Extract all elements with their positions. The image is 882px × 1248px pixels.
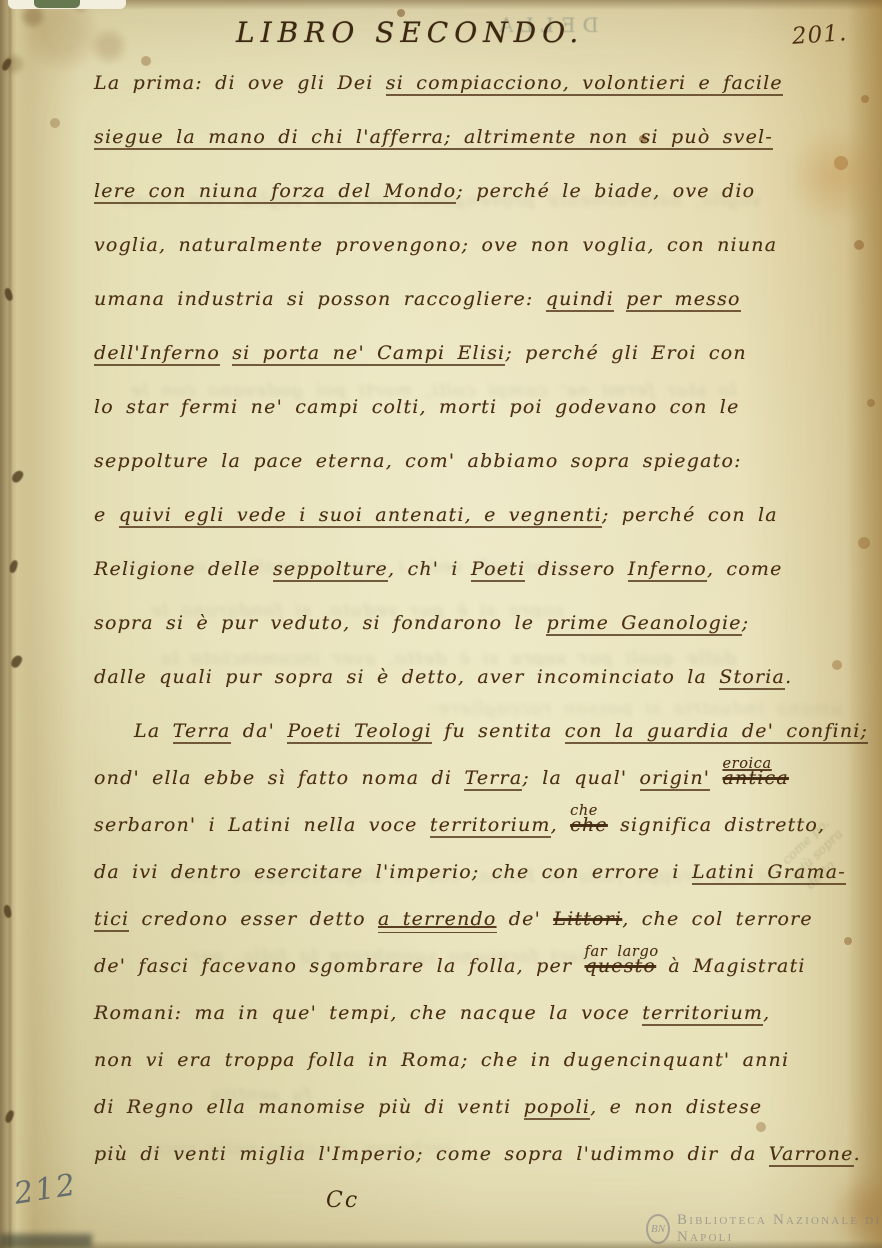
text-segment — [220, 342, 232, 364]
text-segment: seppolture la pace eterna, com' abbiamo … — [94, 450, 742, 472]
text-segment: ; la qual' — [522, 767, 639, 789]
text-segment: di Regno ella manomise più di venti — [94, 1096, 524, 1118]
manuscript-line: lere con niuna forza del Mondo; perché l… — [94, 164, 856, 218]
manuscript-line: più di venti miglia l'Imperio; come sopr… — [94, 1131, 856, 1178]
manuscript-page: voglia, naturalmente provengono; ove non… — [0, 0, 882, 1248]
text-segment: ; perché gli Eroi con — [505, 342, 746, 364]
text-segment: Poeti Teologi — [287, 720, 432, 744]
text-segment: fu sentita — [432, 720, 565, 742]
text-segment: non vi era troppa folla in Roma; che in … — [94, 1049, 789, 1071]
manuscript-line: non vi era troppa folla in Roma; che in … — [94, 1037, 856, 1084]
text-segment: , e non distese — [590, 1096, 762, 1118]
text-segment: siegue la mano di chi l'afferra; altrime… — [94, 126, 773, 150]
library-monogram: BN — [651, 1223, 665, 1235]
text-segment: Religione delle — [94, 558, 273, 580]
manuscript-line: lo star fermi ne' campi colti, morti poi… — [94, 380, 856, 434]
text-segment: credono esser detto — [129, 908, 378, 930]
text-segment: , come — [707, 558, 783, 580]
catchword: Cc — [326, 1188, 359, 1213]
text-segment: origin' — [640, 767, 711, 791]
text-segment: da ivi dentro esercitare l'imperio; che … — [94, 861, 692, 883]
text-segment: sopra si è pur veduto, si fondarono le — [94, 612, 546, 634]
paragraph-1: La prima: di ove gli Dei si compiacciono… — [94, 56, 856, 704]
text-segment: , — [763, 1002, 770, 1024]
text-segment: Romani: ma in que' tempi, che nacque la … — [94, 1002, 642, 1024]
struck-text: Littori — [553, 908, 622, 930]
text-segment: de' — [497, 908, 554, 930]
manuscript-line: La Terra da' Poeti Teologi fu sentita co… — [94, 708, 856, 755]
text-segment: . — [785, 666, 792, 688]
text-segment: quindi — [546, 288, 614, 312]
text-segment: territorium — [642, 1002, 763, 1026]
manuscript-line: e quivi egli vede i suoi antenati, e veg… — [94, 488, 856, 542]
text-segment: lo star fermi ne' campi colti, morti poi… — [94, 396, 740, 418]
manuscript-line: tici credono esser detto a terrendo de' … — [94, 896, 856, 943]
text-segment: dalle quali pur sopra si è detto, aver i… — [94, 666, 719, 688]
manuscript-line: sopra si è pur veduto, si fondarono le p… — [94, 596, 856, 650]
text-segment: significa distretto, — [608, 814, 825, 836]
manuscript-line: voglia, naturalmente provengono; ove non… — [94, 218, 856, 272]
manuscript-line: seppolture la pace eterna, com' abbiamo … — [94, 434, 856, 488]
text-segment: Storia — [719, 666, 785, 690]
text-segment: Poeti — [471, 558, 525, 582]
text-segment: ond' ella ebbe sì fatto noma di — [94, 767, 464, 789]
text-segment: prime Geanologie — [546, 612, 741, 636]
text-segment: lere con niuna forza del Mondo — [94, 180, 456, 204]
text-segment: La — [134, 720, 173, 742]
manuscript-line: da ivi dentro esercitare l'imperio; che … — [94, 849, 856, 896]
manuscript-line: dell'Inferno si porta ne' Campi Elisi; p… — [94, 326, 856, 380]
text-segment — [710, 767, 722, 789]
text-segment: Terra — [173, 720, 231, 744]
text-segment: Latini Grama- — [692, 861, 846, 885]
manuscript-line: La prima: di ove gli Dei si compiacciono… — [94, 56, 856, 110]
text-segment: seppolture — [273, 558, 388, 582]
manuscript-line: Romani: ma in que' tempi, che nacque la … — [94, 990, 856, 1037]
text-segment: si compiacciono, volontieri e facile — [386, 72, 783, 96]
text-segment: . — [854, 1143, 861, 1165]
text-segment: si porta ne' Campi Elisi — [232, 342, 505, 366]
text-segment: ; perché con la — [602, 504, 778, 526]
manuscript-line: siegue la mano di chi l'afferra; altrime… — [94, 110, 856, 164]
text-segment: , che col terrore — [622, 908, 813, 930]
binding-gutter — [0, 0, 34, 1248]
text-segment: ; — [742, 612, 750, 634]
text-segment: e — [94, 504, 119, 526]
text-segment: à Magistrati — [656, 955, 806, 977]
text-segment: popoli — [524, 1096, 591, 1120]
manuscript-line: dalle quali pur sopra si è detto, aver i… — [94, 650, 856, 704]
manuscript-line: de' fasci facevano sgombrare la folla, p… — [94, 943, 856, 990]
text-segment: de' fasci facevano sgombrare la folla, p… — [94, 955, 584, 977]
library-watermark-label: Biblioteca Nazionale di Napoli — [677, 1212, 882, 1246]
manuscript-line: Religione delle seppolture, ch' i Poeti … — [94, 542, 856, 596]
manuscript-line: di Regno ella manomise più di venti popo… — [94, 1084, 856, 1131]
folio-number: 201. — [791, 20, 848, 50]
text-segment: serbaron' i Latini nella voce — [94, 814, 430, 836]
text-segment: con la guardia de' confini; — [565, 720, 868, 744]
text-segment: a terrendo — [378, 908, 497, 933]
text-segment: più di venti miglia l'Imperio; come sopr… — [94, 1143, 769, 1165]
library-logo-icon: BN — [646, 1214, 670, 1244]
text-segment: per messo — [626, 288, 741, 312]
library-watermark: BN Biblioteca Nazionale di Napoli — [646, 1212, 882, 1246]
text-segment: umana industria si posson raccogliere: — [94, 288, 546, 310]
text-segment: , ch' i — [388, 558, 471, 580]
text-segment: Inferno — [628, 558, 707, 582]
text-segment: La prima: di ove gli Dei — [94, 72, 386, 94]
text-segment: dell'Inferno — [94, 342, 220, 366]
text-segment: Terra — [464, 767, 522, 791]
text-segment: ; perché le biade, ove dio — [456, 180, 755, 202]
gutter-crease — [9, 0, 11, 1248]
text-segment: , — [551, 814, 570, 836]
top-edge-green-mark — [34, 0, 80, 8]
paragraph-2: La Terra da' Poeti Teologi fu sentita co… — [94, 708, 856, 1178]
manuscript-line: ond' ella ebbe sì fatto noma di Terra; l… — [94, 755, 856, 802]
text-segment: voglia, naturalmente provengono; ove non… — [94, 234, 777, 256]
manuscript-line: umana industria si posson raccogliere: q… — [94, 272, 856, 326]
manuscript-line: serbaron' i Latini nella voce territoriu… — [94, 802, 856, 849]
text-segment: territorium — [430, 814, 551, 838]
text-segment: Varrone — [769, 1143, 854, 1167]
text-segment: dissero — [525, 558, 627, 580]
manuscript-body: La prima: di ove gli Dei si compiacciono… — [94, 56, 856, 1178]
page-title: LIBRO SECONDO. — [236, 16, 584, 49]
text-segment: da' — [231, 720, 288, 742]
text-segment: tici — [94, 908, 129, 932]
text-segment — [614, 288, 626, 310]
text-segment: quivi egli vede i suoi antenati, e vegne… — [119, 504, 602, 528]
